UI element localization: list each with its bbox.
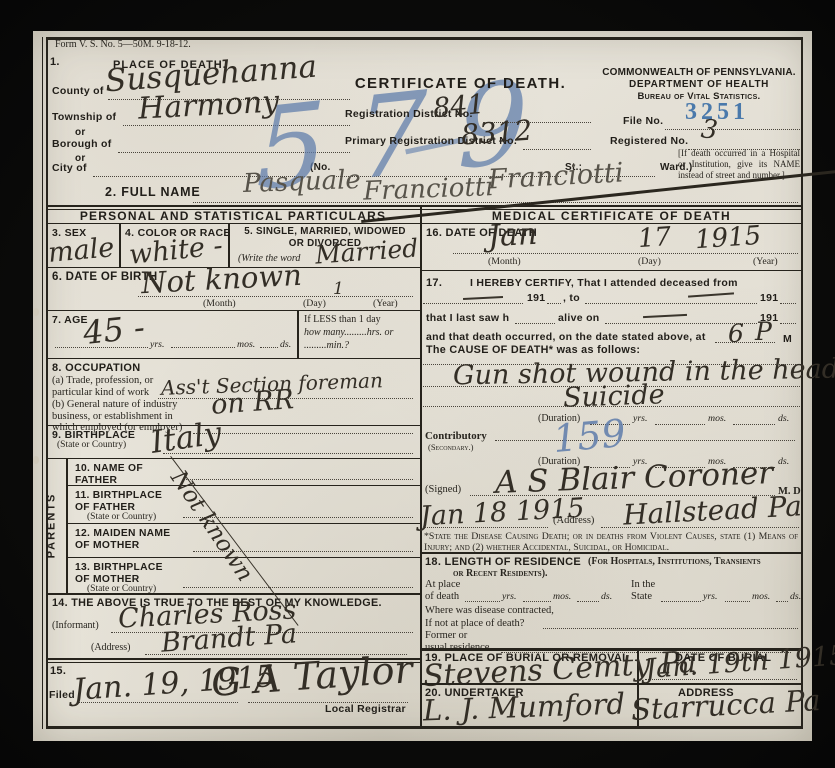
marital-handwriting: Married bbox=[314, 235, 419, 267]
duration1-line2 bbox=[655, 424, 705, 425]
contributory-line bbox=[495, 440, 795, 441]
form-number: Form V. S. No. 5—50M. 9-18-12. bbox=[55, 39, 191, 51]
of-death-label: of death bbox=[425, 591, 459, 603]
if-not-label: If not at place of death? bbox=[425, 618, 524, 630]
occupation-a-line2: particular kind of work bbox=[52, 387, 149, 399]
signed-date-line bbox=[423, 527, 548, 528]
age-less-line1: If LESS than 1 day bbox=[304, 314, 381, 326]
department-label: DEPARTMENT OF HEALTH bbox=[593, 79, 805, 91]
if-not-line bbox=[543, 628, 798, 629]
duration1-mos: mos. bbox=[708, 413, 726, 425]
section17-number: 17. bbox=[426, 277, 442, 290]
informant-label: (Informant) bbox=[52, 620, 99, 632]
township-label: Township of bbox=[52, 111, 116, 123]
res-ds-2: ds. bbox=[790, 591, 801, 603]
parents-vertical-label: PARENTS bbox=[46, 470, 59, 580]
section15-number: 15. bbox=[50, 665, 66, 678]
father-birth-caption: (State or Country) bbox=[87, 512, 156, 523]
mother-name-label: 12. MAIDEN NAME OF MOTHER bbox=[75, 528, 170, 552]
res-line-4 bbox=[661, 601, 701, 602]
residence-paren-2: or Recent Residents). bbox=[453, 568, 548, 580]
former-label: Former or bbox=[425, 630, 467, 642]
city-label: City of bbox=[52, 162, 87, 174]
res-line-2 bbox=[523, 601, 551, 602]
rule-under-footnote bbox=[420, 552, 803, 554]
primary-registration-line bbox=[523, 149, 591, 150]
mother-birth-label: 13. BIRTHPLACE OF MOTHER bbox=[75, 562, 163, 586]
age-less-line2: how many.........hrs. or bbox=[304, 327, 393, 339]
informant-address-handwriting: Brandt Pa bbox=[160, 620, 298, 656]
residence-paren-1: (For Hospitals, Institutions, Transients bbox=[588, 556, 761, 568]
borough-label: Borough of bbox=[52, 138, 112, 150]
rule-under-row11 bbox=[66, 523, 420, 524]
at-place-label: At place bbox=[425, 579, 460, 591]
secondary-label: (Secondary.) bbox=[428, 442, 474, 452]
mother-birth-line bbox=[183, 587, 413, 588]
contributory-label: Contributory bbox=[425, 430, 487, 443]
occupation-b-line1: (b) General nature of industry bbox=[52, 399, 177, 411]
last-saw-line-3 bbox=[780, 323, 796, 324]
last-saw-line-1 bbox=[515, 323, 555, 324]
occupation-b-handwriting: on RR bbox=[210, 386, 295, 419]
rule-under-row13 bbox=[46, 593, 420, 595]
death-occurred-label: and that death occurred, on the date sta… bbox=[426, 331, 706, 343]
signed-address-label: (Address) bbox=[553, 515, 594, 527]
certify-line-2 bbox=[585, 303, 757, 304]
father-name-line bbox=[183, 479, 413, 480]
certify-line-2b bbox=[780, 303, 796, 304]
full-name-first-handwriting: Pasquale bbox=[243, 167, 362, 197]
res-line-5 bbox=[725, 601, 750, 602]
res-mos-2: mos. bbox=[752, 591, 770, 603]
rule-under-row8 bbox=[46, 425, 420, 426]
alive-on-label: alive on bbox=[558, 312, 600, 324]
age-handwriting: 45 - bbox=[81, 311, 146, 349]
certify-dash-1 bbox=[463, 296, 503, 300]
rule-under-personal-title bbox=[46, 223, 420, 224]
res-mos-1: mos. bbox=[553, 591, 571, 603]
certify-191a: 191 bbox=[527, 292, 545, 304]
commonwealth-label: COMMONWEALTH OF PENNSYLVANIA. bbox=[593, 67, 805, 79]
dob-month-caption: (Month) bbox=[203, 298, 236, 310]
certify-dash-2 bbox=[688, 292, 734, 297]
cause-handwriting-line2: Suicide bbox=[563, 381, 665, 412]
rule-under-row7 bbox=[46, 358, 420, 359]
age-line-3 bbox=[260, 347, 278, 348]
dob-handwriting: Not known bbox=[140, 261, 302, 298]
dob-day-caption: (Day) bbox=[303, 298, 326, 310]
sex-cell-divider bbox=[119, 223, 121, 267]
certify-to: , to bbox=[563, 292, 580, 304]
duration1-yrs: yrs. bbox=[633, 413, 647, 425]
in-the-label: In the bbox=[631, 579, 655, 591]
res-yrs-1: yrs. bbox=[502, 591, 516, 603]
duration1-line3 bbox=[733, 424, 775, 425]
registered-no-label: Registered No. bbox=[610, 135, 688, 147]
local-registrar-label: Local Registrar bbox=[325, 703, 406, 715]
certify-statement: I HEREBY CERTIFY, That I attended deceas… bbox=[470, 277, 738, 289]
filed-label: Filed bbox=[49, 689, 75, 701]
informant-address-label: (Address) bbox=[91, 642, 130, 654]
father-name-label: 10. NAME OF FATHER bbox=[75, 463, 143, 487]
death-month-caption: (Month) bbox=[488, 256, 521, 268]
personal-title: PERSONAL AND STATISTICAL PARTICULARS bbox=[46, 209, 420, 223]
occupation-a-line1: (a) Trade, profession, or bbox=[52, 375, 153, 387]
edge-mark-2 bbox=[33, 456, 39, 464]
birthplace-caption: (State or Country) bbox=[57, 440, 126, 451]
border-left bbox=[46, 37, 48, 729]
parents-box-divider bbox=[66, 458, 68, 593]
father-birth-label: 11. BIRTHPLACE OF FATHER bbox=[75, 490, 162, 514]
header-rule-1 bbox=[46, 205, 803, 207]
border-left-outer bbox=[42, 37, 43, 729]
undertaker-handwriting: L. J. Mumford bbox=[423, 689, 626, 725]
contributory-handwriting: 159 bbox=[551, 414, 627, 458]
file-no-line bbox=[665, 129, 800, 130]
sex-handwriting: male bbox=[47, 234, 115, 267]
age-line-2 bbox=[171, 347, 235, 348]
res-yrs-2: yrs. bbox=[703, 591, 717, 603]
age-mos: mos. bbox=[237, 339, 255, 351]
time-p-handwriting: P bbox=[755, 319, 772, 344]
time-handwriting: 6 bbox=[728, 321, 744, 346]
scanned-death-certificate: Form V. S. No. 5—50M. 9-18-12. 1. PLACE … bbox=[0, 0, 835, 768]
primary-registration-handwriting: 8312 bbox=[460, 117, 533, 150]
county-label: County of bbox=[52, 85, 104, 97]
rule-between-19-20 bbox=[420, 683, 803, 685]
death-day-caption: (Day) bbox=[638, 256, 661, 268]
death-year-handwriting: 1915 bbox=[694, 223, 762, 254]
full-name-line bbox=[193, 202, 798, 203]
age-less-line3: .........min.? bbox=[304, 340, 349, 352]
duration2-ds: ds. bbox=[778, 456, 789, 468]
certify-line-1b bbox=[547, 303, 561, 304]
occupation-b-line bbox=[193, 433, 413, 434]
age-box-divider bbox=[297, 310, 299, 358]
full-name-label: 2. FULL NAME bbox=[105, 185, 200, 200]
cause-footnote: *State the Disease Causing Death; or in … bbox=[424, 531, 798, 554]
age-yrs: yrs. bbox=[150, 339, 164, 351]
rule-under-row6 bbox=[46, 310, 420, 311]
certify-dash-3 bbox=[643, 314, 687, 318]
edge-mark-1 bbox=[33, 308, 39, 316]
dob-year-caption: (Year) bbox=[373, 298, 398, 310]
res-ds-1: ds. bbox=[601, 591, 612, 603]
full-name-last-handwriting: Franciotti bbox=[487, 159, 624, 193]
file-no-label: File No. bbox=[623, 115, 663, 127]
last-saw-label: that I last saw h bbox=[426, 312, 509, 324]
certify-line-1 bbox=[423, 303, 523, 304]
undertaker-address-handwriting: Starrucca Pa bbox=[630, 686, 821, 725]
state-label: State bbox=[631, 591, 652, 603]
section1-number: 1. bbox=[50, 56, 60, 69]
res-line-6 bbox=[776, 601, 788, 602]
rule-under-row9 bbox=[46, 458, 420, 459]
death-year-caption: (Year) bbox=[753, 256, 778, 268]
occupation-label: 8. OCCUPATION bbox=[52, 362, 140, 375]
age-ds: ds. bbox=[280, 339, 291, 351]
death-month-handwriting: Jan bbox=[487, 220, 538, 253]
rule-under-row10 bbox=[66, 485, 420, 486]
registered-no-handwriting: 3 bbox=[700, 116, 719, 144]
signed-label: (Signed) bbox=[425, 484, 461, 496]
dob-stray-mark: 1 bbox=[333, 281, 344, 298]
contracted-label: Where was disease contracted, bbox=[425, 605, 554, 617]
death-day-handwriting: 17 bbox=[637, 224, 672, 252]
certify-191b: 191 bbox=[760, 292, 778, 304]
rule-under-16 bbox=[420, 270, 803, 271]
cause-of-death-label: The CAUSE OF DEATH* was as follows: bbox=[426, 344, 640, 357]
res-line-1 bbox=[465, 601, 500, 602]
age-line-1 bbox=[55, 347, 148, 348]
signed-address-handwriting: Hallstead Pa bbox=[622, 492, 802, 529]
certificate-paper: Form V. S. No. 5—50M. 9-18-12. 1. PLACE … bbox=[33, 31, 812, 741]
duration1-ds: ds. bbox=[778, 413, 789, 425]
m-label: M bbox=[783, 333, 792, 345]
res-line-3 bbox=[577, 601, 599, 602]
